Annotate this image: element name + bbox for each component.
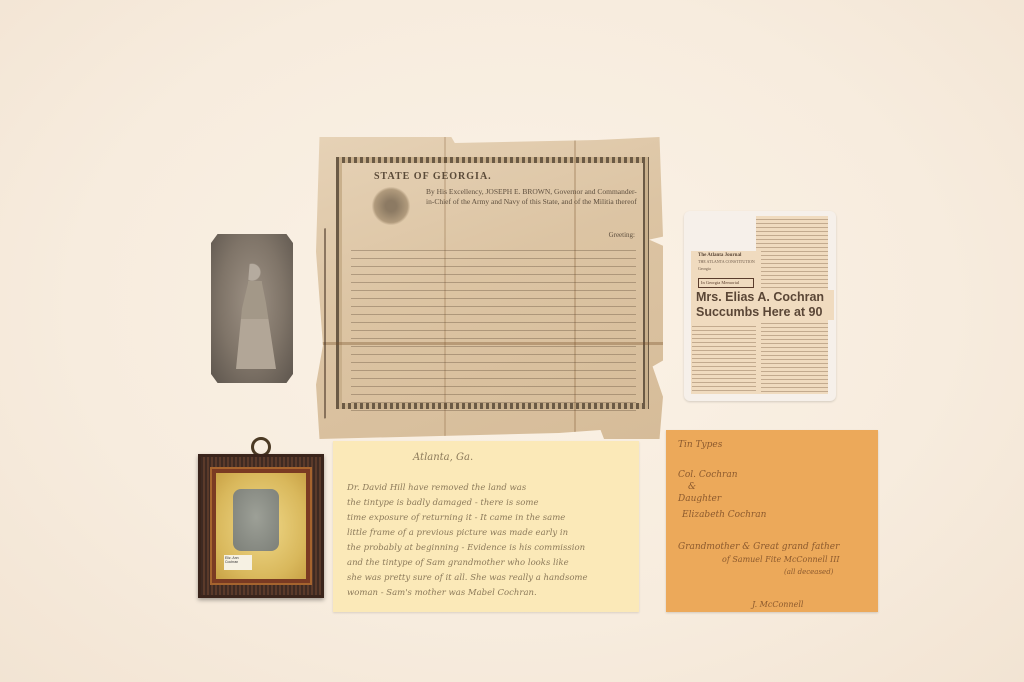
note-line: Grandmother & Great grand father bbox=[678, 542, 839, 552]
state-seal-icon bbox=[371, 187, 411, 225]
gilt-mat: Eliz. Ann Cochran bbox=[216, 473, 306, 579]
note-body: Dr. David Hill have removed the land was… bbox=[347, 481, 629, 601]
note-line: the probably at beginning - Evidence is … bbox=[347, 541, 629, 556]
frame-tag: Eliz. Ann Cochran bbox=[224, 555, 252, 570]
note-signature: J. McConnell bbox=[752, 600, 803, 609]
clipping-headline: Mrs. Elias A. Cochran Succumbs Here at 9… bbox=[696, 290, 834, 320]
headline-line-2: Succumbs Here at 90 bbox=[696, 305, 834, 320]
framed-portrait bbox=[233, 489, 279, 551]
note-line: Elizabeth Cochran bbox=[682, 510, 766, 520]
commission-greeting: Greeting: bbox=[609, 231, 635, 239]
commission-preamble: By His Excellency, JOSEPH E. BROWN, Gove… bbox=[426, 187, 641, 207]
clipping-label: In Georgia Memorial bbox=[698, 278, 754, 288]
note-line: Tin Types bbox=[678, 440, 722, 450]
newspaper-clipping: The Atlanta Journal THE ATLANTA CONSTITU… bbox=[684, 211, 836, 401]
note-line: Col. Cochran bbox=[678, 470, 738, 480]
state-of-georgia-commission: STATE OF GEORGIA. By His Excellency, JOS… bbox=[316, 137, 663, 439]
note-line: Daughter bbox=[678, 494, 721, 504]
commission-title: STATE OF GEORGIA. bbox=[374, 171, 492, 182]
note-line: she was pretty sure of it all. She was r… bbox=[347, 571, 629, 586]
note-line: of Samuel Fite McConnell III bbox=[722, 555, 840, 564]
note-line: Dr. David Hill have removed the land was bbox=[347, 481, 629, 496]
frame-inner: Eliz. Ann Cochran bbox=[210, 467, 312, 585]
note-line: & bbox=[688, 482, 696, 492]
handwritten-note-yellow: Atlanta, Ga. Dr. David Hill have removed… bbox=[333, 441, 639, 612]
clipping-masthead-sub: THE ATLANTA CONSTITUTION bbox=[698, 259, 755, 264]
note-line: (all deceased) bbox=[784, 568, 833, 576]
clipping-masthead: The Atlanta Journal bbox=[698, 253, 741, 258]
clipping-dateline: Georgia bbox=[698, 266, 711, 271]
framed-daguerreotype: Eliz. Ann Cochran bbox=[198, 454, 324, 598]
note-line: and the tintype of Sam grandmother who l… bbox=[347, 556, 629, 571]
commission-body-text bbox=[351, 245, 636, 415]
note-heading: Atlanta, Ga. bbox=[413, 452, 473, 463]
woman-figure bbox=[236, 259, 276, 369]
tintype-photograph bbox=[211, 234, 293, 383]
headline-line-1: Mrs. Elias A. Cochran bbox=[696, 290, 834, 305]
note-line: the tintype is badly damaged - there is … bbox=[347, 496, 629, 511]
handwritten-note-orange: Tin Types Col. Cochran & Daughter Elizab… bbox=[666, 430, 878, 612]
clipping-body-text bbox=[692, 323, 756, 393]
note-line: woman - Sam's mother was Mabel Cochran. bbox=[347, 586, 629, 601]
note-line: time exposure of returning it - It came … bbox=[347, 511, 629, 526]
note-line: little frame of a previous picture was m… bbox=[347, 526, 629, 541]
handwritten-signature bbox=[324, 225, 346, 418]
